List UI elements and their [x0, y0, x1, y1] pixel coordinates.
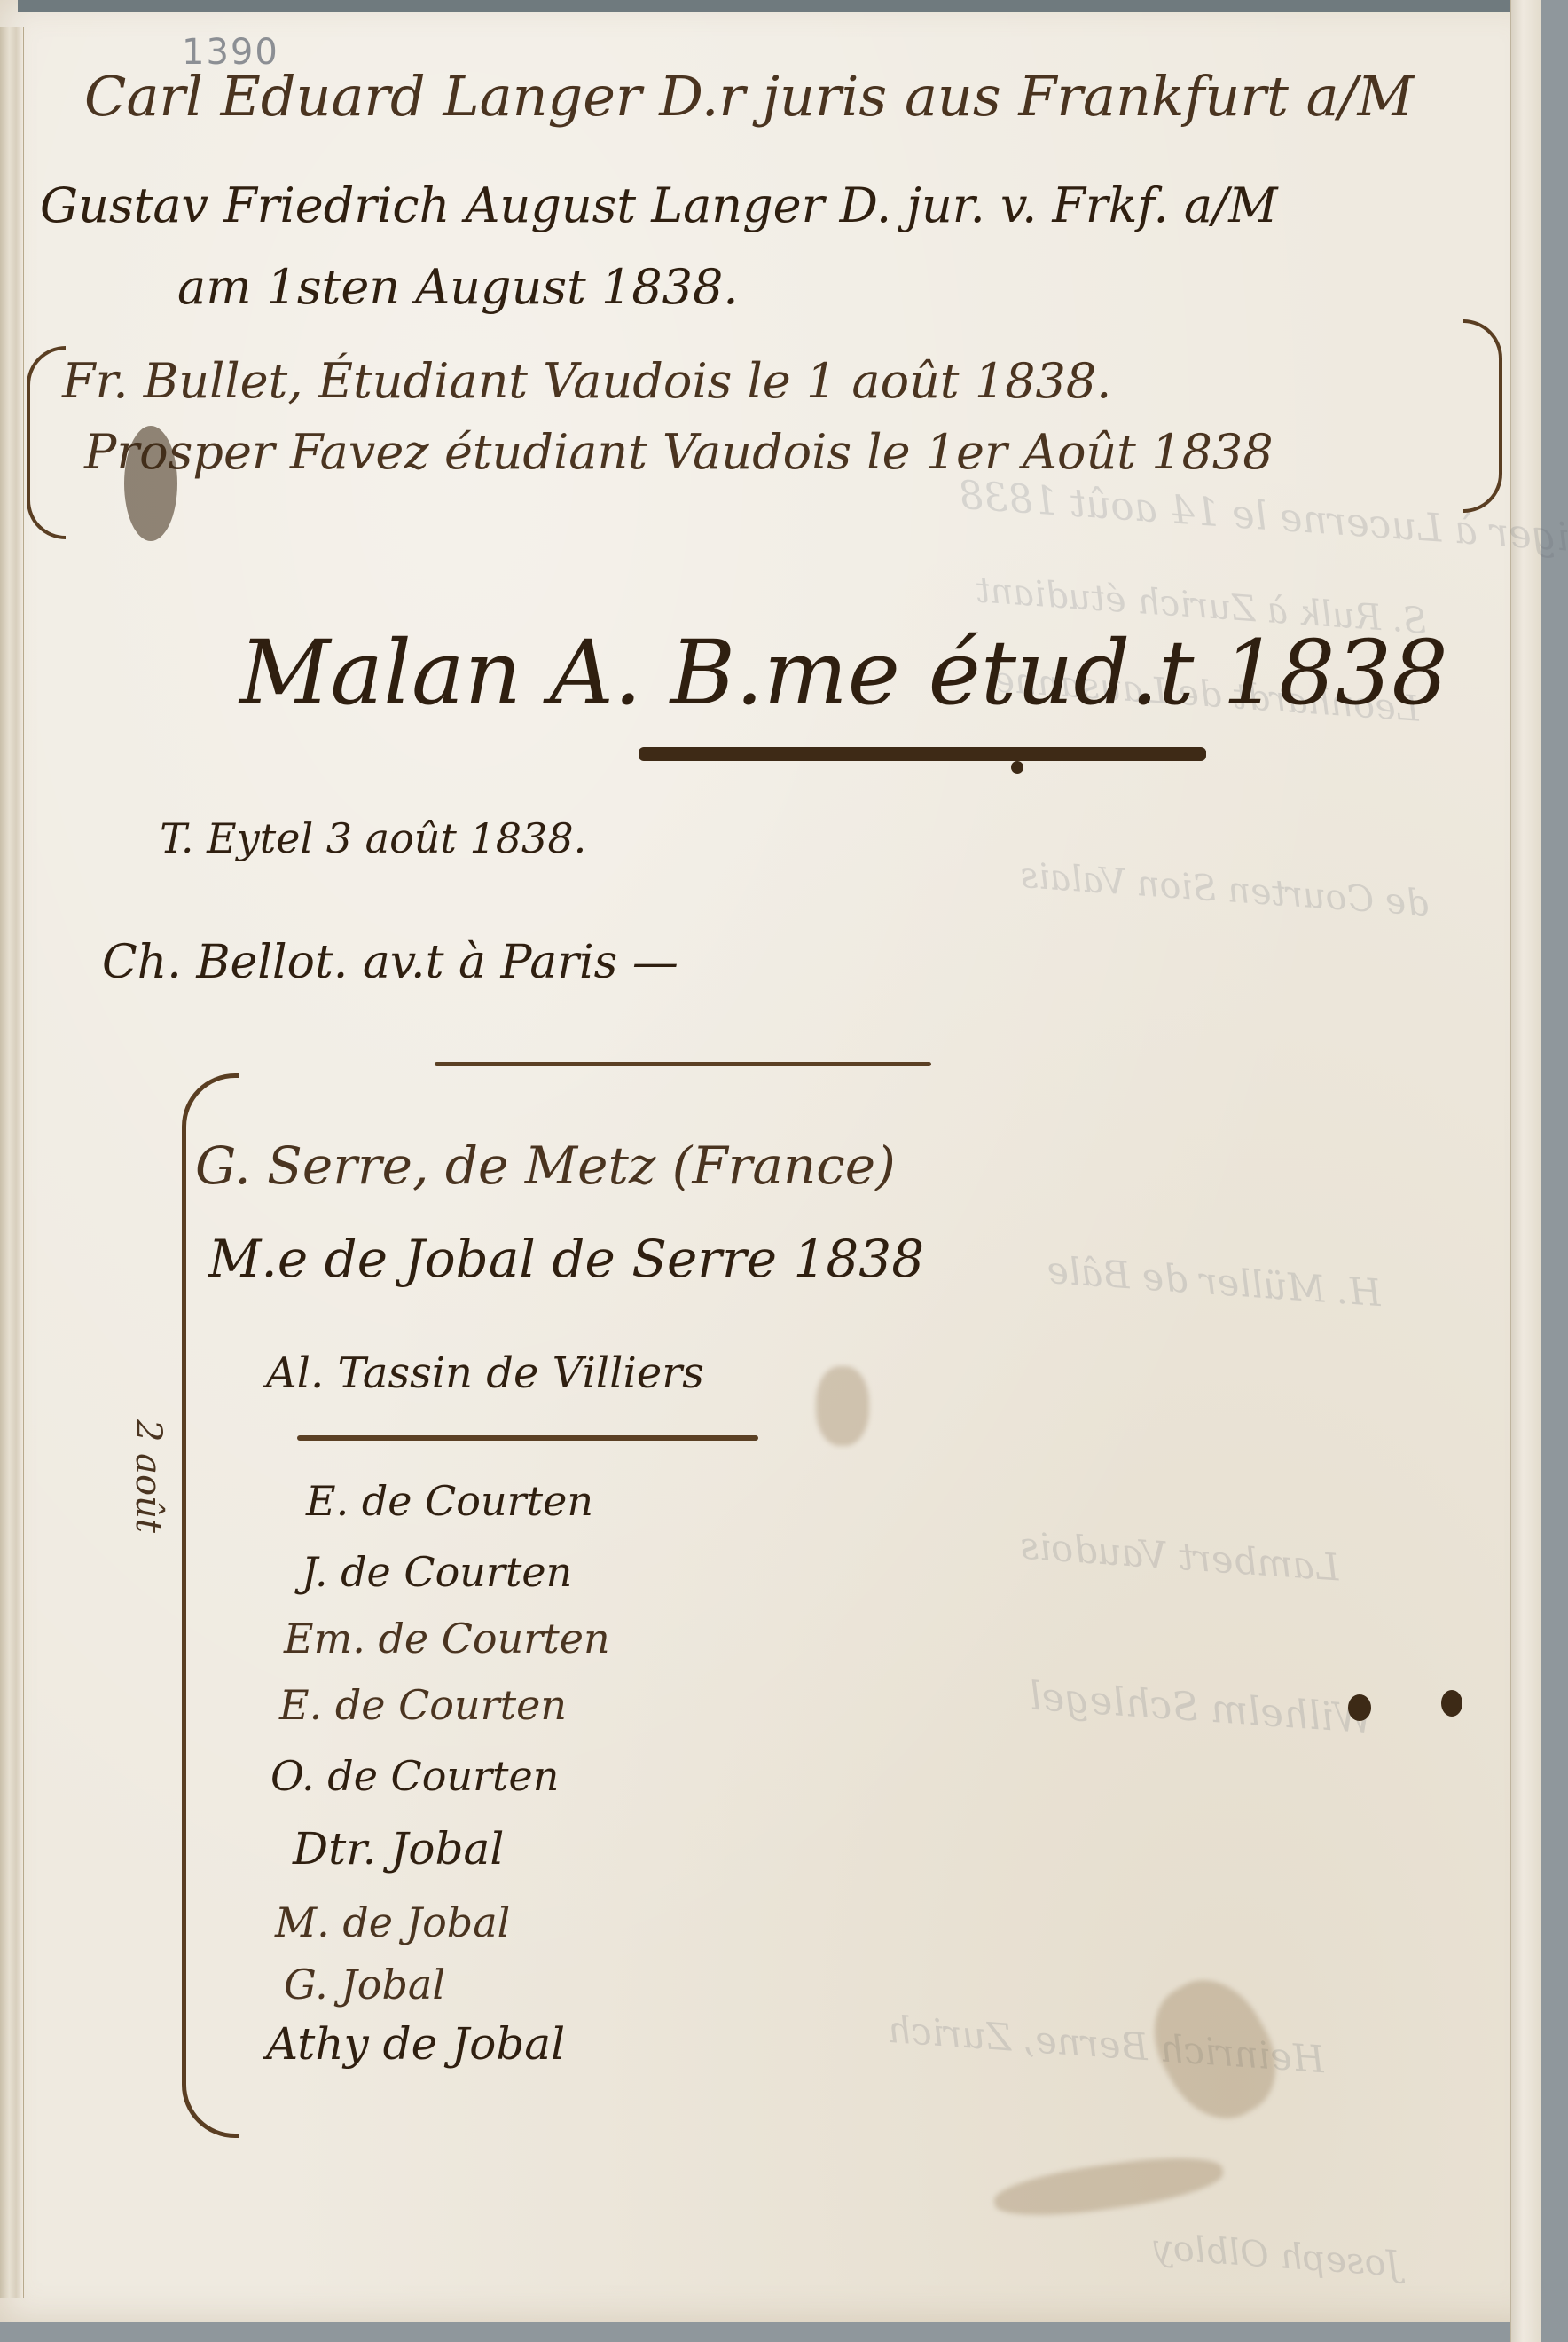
bleed-through-text: Joseph Olbloy: [1152, 2227, 1402, 2284]
family-name: Athy de Jobal: [266, 2018, 565, 2070]
entry-eytel: T. Eytel 3 août 1838.: [160, 814, 586, 862]
entry-langer-carl: Carl Eduard Langer D.r juris aus Frankfu…: [84, 64, 1414, 129]
ink-blot: [1441, 1690, 1462, 1717]
ink-blot: [1011, 761, 1023, 774]
ink-blot: [1348, 1694, 1371, 1721]
family-name: E. de Courten: [306, 1477, 593, 1525]
entry-jobal-serre: M.e de Jobal de Serre 1838: [208, 1229, 924, 1289]
entry-langer-date: am 1sten August 1838.: [177, 259, 739, 315]
margin-note-date: 2 août: [128, 1419, 169, 1533]
ink-blot: [124, 426, 177, 541]
ink-smudge: [1133, 1961, 1297, 2138]
separator-rule: [297, 1435, 758, 1441]
page-top-edge: [18, 0, 1525, 12]
underline-rule: [639, 747, 1206, 761]
family-name: J. de Courten: [302, 1548, 572, 1596]
entry-bullet: Fr. Bullet, Étudiant Vaudois le 1 août 1…: [62, 353, 1111, 409]
ink-smudge: [992, 2149, 1226, 2225]
bleed-through-text: de Courten Sion Valais: [1019, 855, 1431, 924]
family-name: Em. de Courten: [284, 1615, 610, 1662]
bleed-through-text: Wilhelm Schlegel: [1028, 1674, 1375, 1743]
family-name: Dtr. Jobal: [293, 1823, 504, 1874]
family-name: E. de Courten: [279, 1681, 567, 1729]
bleed-through-text: H. Müller de Bâle: [1046, 1248, 1383, 1315]
entry-malan: Malan A. B.me étud.t 1838: [239, 621, 1448, 725]
family-name: M. de Jobal: [275, 1898, 510, 1946]
separator-rule: [435, 1062, 931, 1066]
family-name: G. Jobal: [284, 1961, 445, 2008]
water-stain: [816, 1366, 869, 1446]
entry-bellot: Ch. Bellot. av.t à Paris —: [102, 936, 678, 989]
entry-tassin: Al. Tassin de Villiers: [266, 1348, 704, 1398]
entry-langer-gustav: Gustav Friedrich August Langer D. jur. v…: [40, 177, 1278, 233]
entry-brace-right: [1463, 319, 1502, 513]
entry-favez: Prosper Favez étudiant Vaudois le 1er Ao…: [84, 424, 1274, 480]
family-name: O. de Courten: [270, 1752, 559, 1800]
page-fore-edge: [1510, 0, 1541, 2342]
page-binding-edge: [0, 27, 24, 2298]
entry-serre: G. Serre, de Metz (France): [195, 1136, 896, 1196]
manuscript-page: Hüfliger à Lucerne le 14 août 1838 S. Ru…: [0, 0, 1541, 2322]
entry-brace-left: [27, 346, 66, 539]
family-brace: [182, 1073, 239, 2138]
bleed-through-text: Lambert Vaudois: [1019, 1523, 1341, 1589]
